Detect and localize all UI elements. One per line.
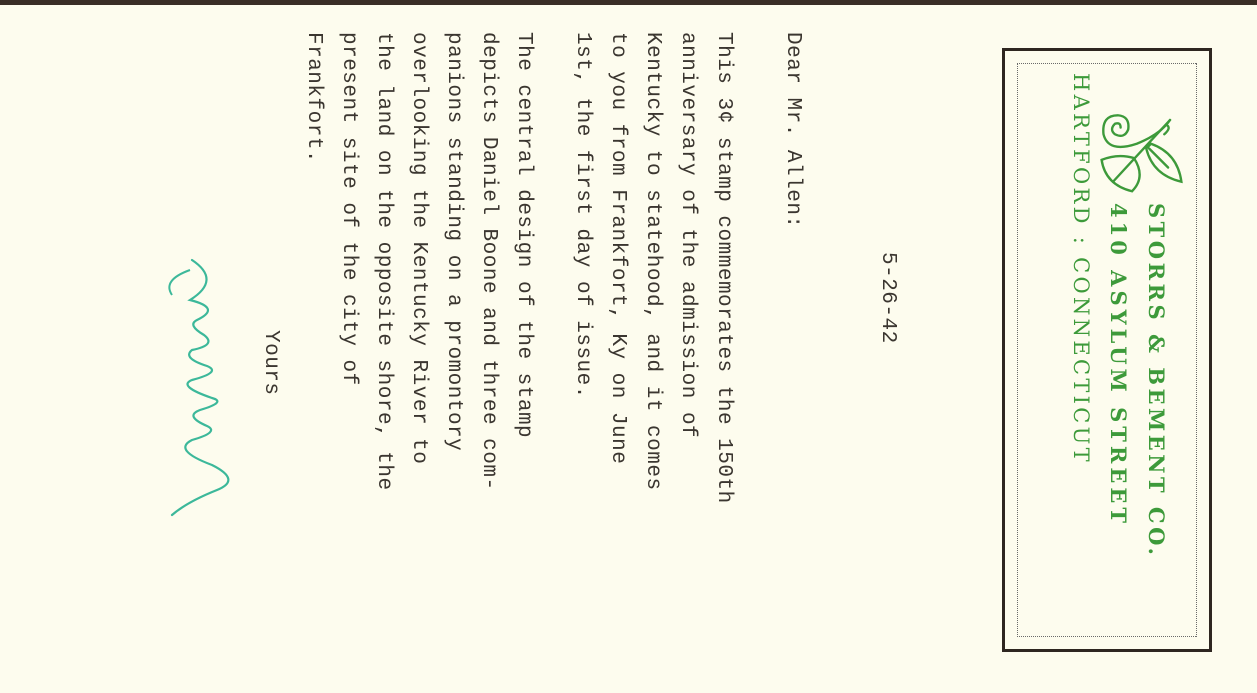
company-city: HARTFORD : CONNECTICUT [1069,73,1093,465]
leaf-spiral-icon [1094,101,1189,196]
paragraph2-line: Frankfort. [302,32,325,163]
letter-date: 5-26-42 [876,252,899,344]
letterhead-box: STORRS & BEMENT CO. 410 ASYLUM STREET HA… [1002,48,1212,652]
salutation: Dear Mr. Allen: [781,32,804,229]
company-name: STORRS & BEMENT CO. [1144,203,1169,558]
company-address: 410 ASYLUM STREET [1106,203,1131,527]
paragraph1-line: to you from Frankfort, Ky on June [606,32,629,464]
paragraph1-line: 1st, the first day of issue. [571,32,594,399]
paragraph2-line: overlooking the Kentucky River to [407,32,430,464]
letter-page: STORRS & BEMENT CO. 410 ASYLUM STREET HA… [0,0,1257,693]
handwritten-signature: Michael [152,240,262,520]
paragraph2-line: panions standing on a promontory [442,32,465,451]
paragraph2-line: present site of the city of [337,32,360,386]
paragraph1-line: This 3¢ stamp commemorates the 150th [712,32,735,504]
closing: Yours [259,330,282,396]
paragraph2-line: depicts Daniel Boone and three com- [477,32,500,491]
paragraph1-line: anniversary of the admission of [676,32,699,438]
paragraph2-line: The central design of the stamp [512,32,535,438]
paragraph2-line: the land on the opposite shore, the [372,32,395,491]
paragraph1-line: Kentucky to statehood, and it comes [641,32,664,491]
